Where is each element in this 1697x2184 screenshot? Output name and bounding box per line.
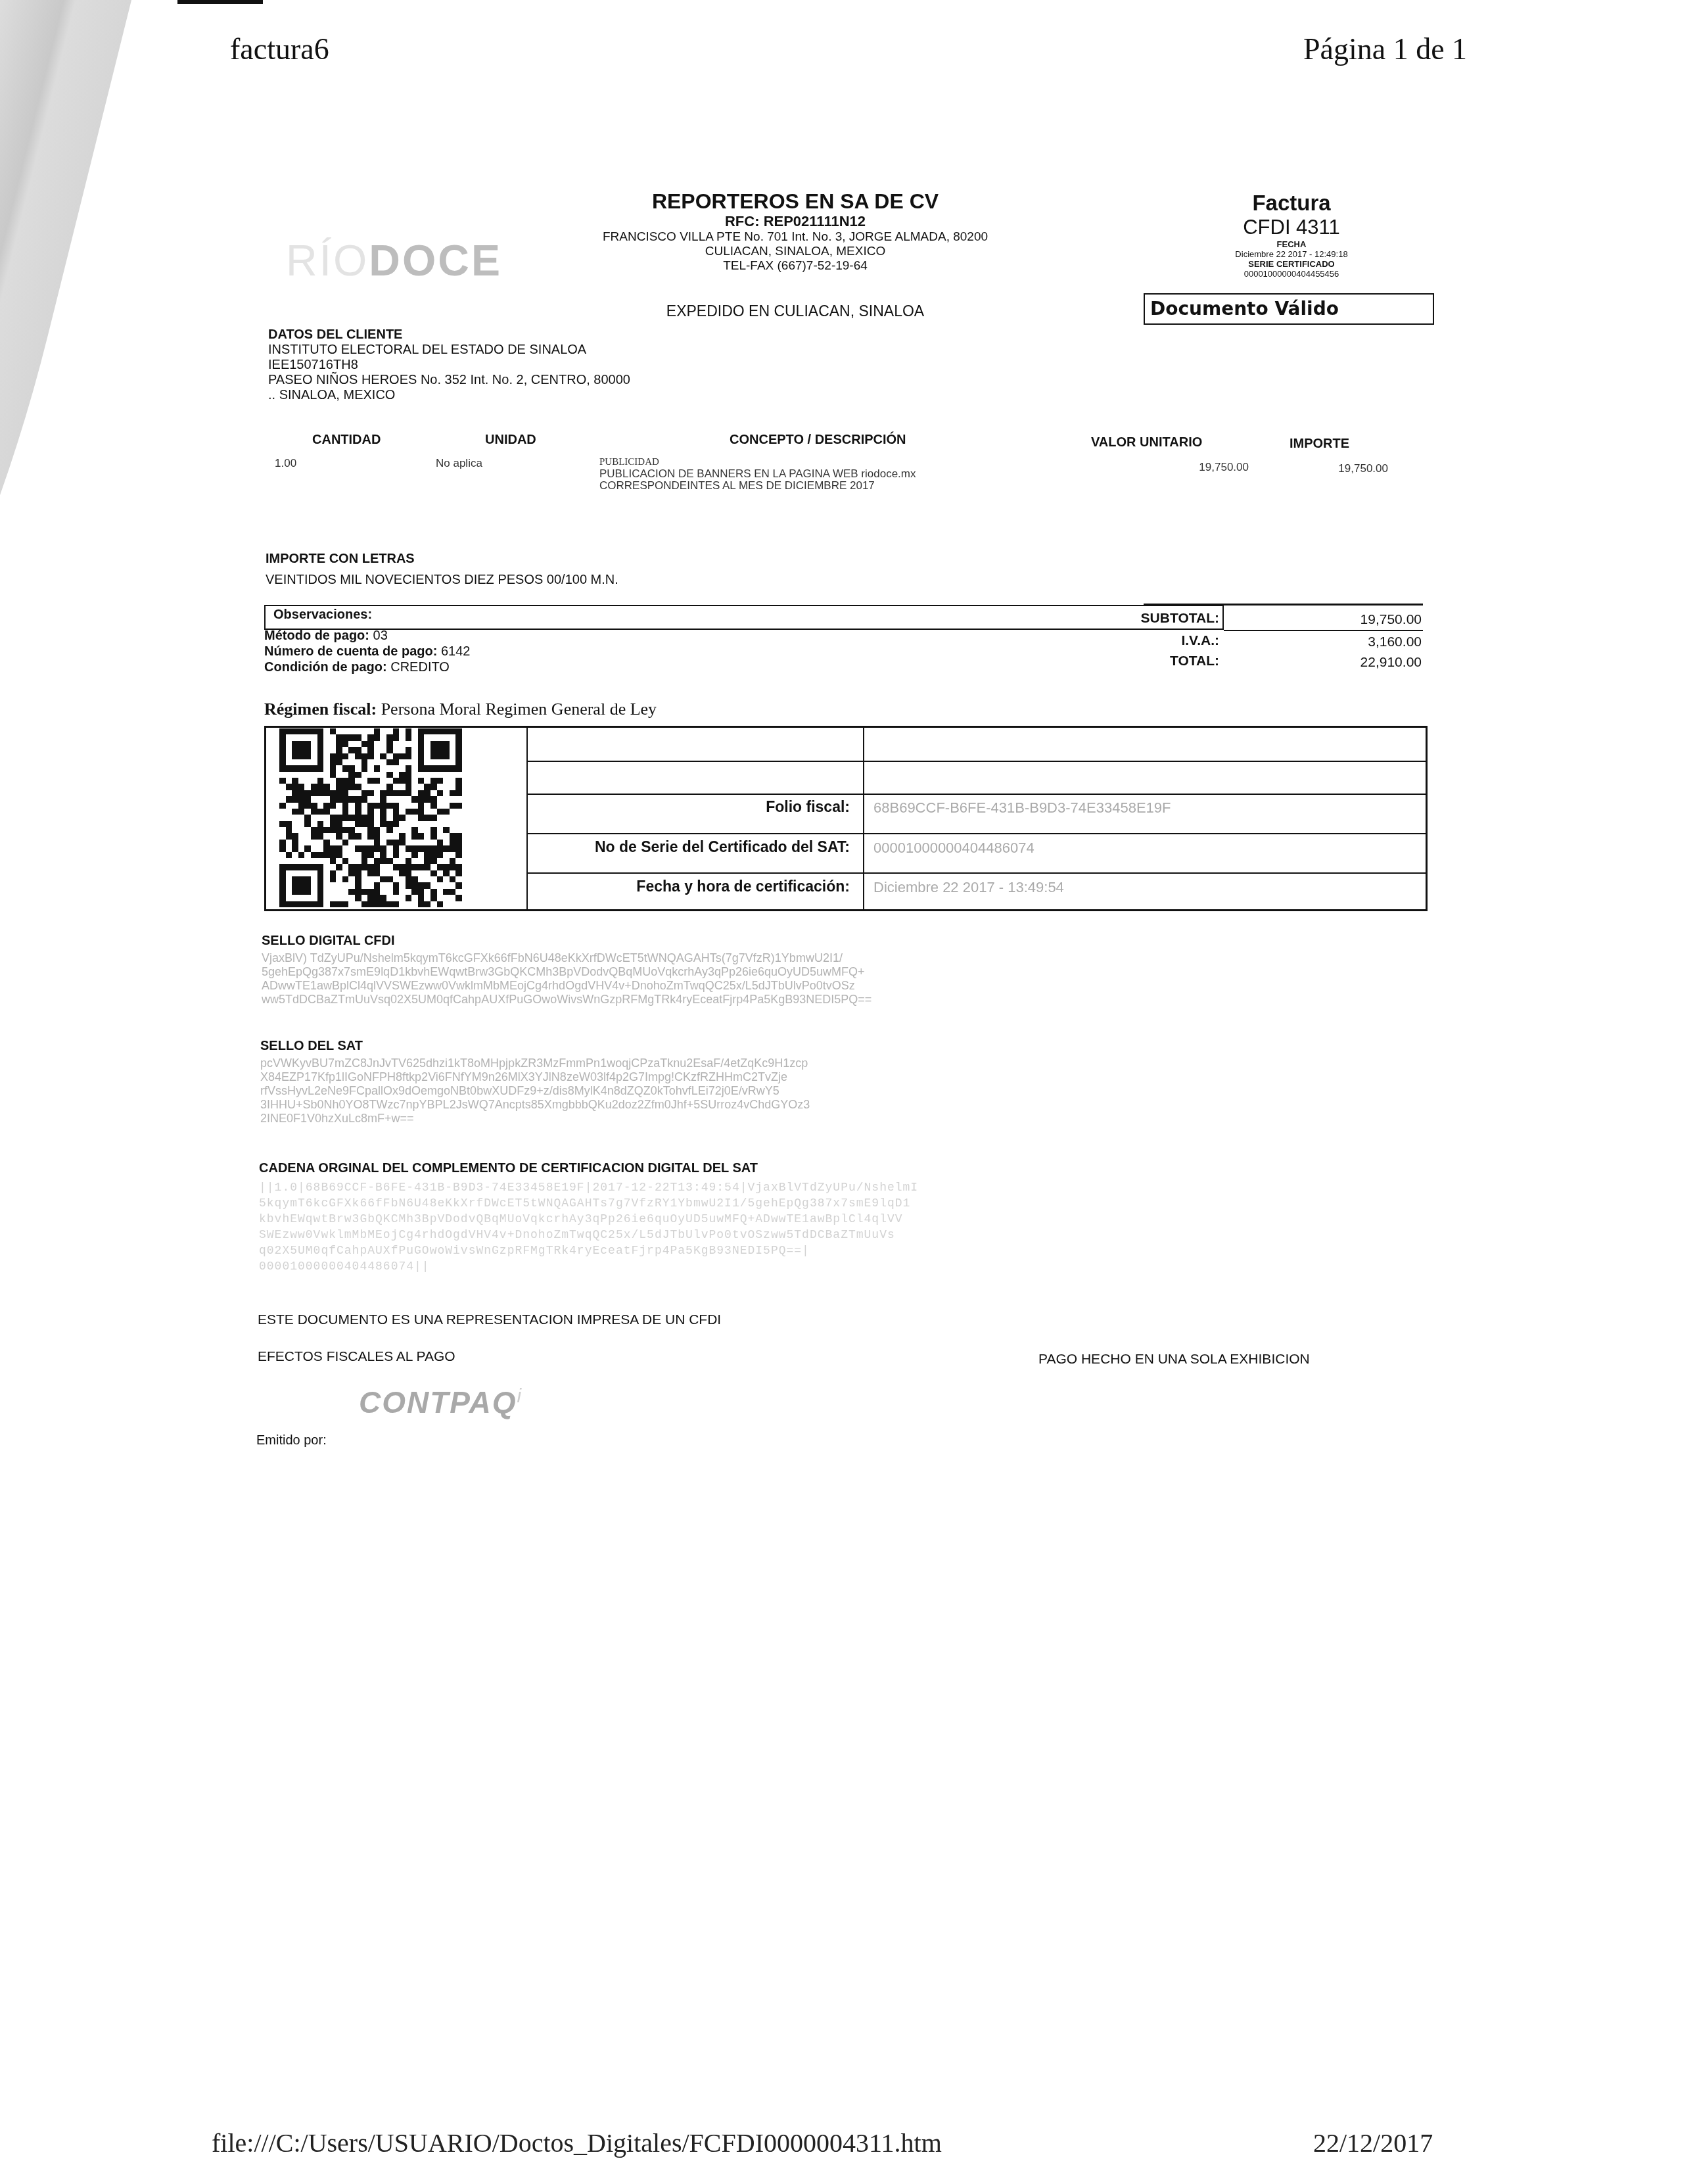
client-block: DATOS DEL CLIENTE INSTITUTO ELECTORAL DE… [268, 327, 630, 403]
row-cantidad: 1.00 [275, 458, 296, 469]
col-unidad: UNIDAD [485, 433, 536, 448]
condicion-pago-label: Condición de pago: [264, 660, 387, 675]
scan-edge-mark [177, 0, 263, 4]
print-footer-url: file:///C:/Users/USUARIO/Doctos_Digitale… [212, 2127, 942, 2158]
client-name: INSTITUTO ELECTORAL DEL ESTADO DE SINALO… [268, 343, 630, 358]
total-value: 22,910.00 [1288, 655, 1422, 671]
fecha-label: FECHA [1144, 239, 1439, 249]
serie-label: SERIE CERTIFICADO [1144, 259, 1439, 269]
contpaq-logo: CONTPAQi [359, 1385, 523, 1420]
issuer-address: FRANCISCO VILLA PTE No. 701 Int. No. 3, … [559, 230, 1032, 245]
row-descripcion-2: CORRESPONDEINTES AL MES DE DICIEMBRE 201… [599, 480, 916, 492]
sello-sat-text: pcVWKyvBU7mZC8JnJvTV625dhzi1kT8oMHpjpkZR… [260, 1056, 1049, 1126]
serie-sat-label: No de Serie del Certificado del SAT: [528, 838, 862, 856]
payment-info: Método de pago: 03 Número de cuenta de p… [264, 628, 470, 675]
importe-letras-label: IMPORTE CON LETRAS [266, 548, 618, 569]
representacion-note: ESTE DOCUMENTO ES UNA REPRESENTACION IMP… [258, 1312, 721, 1328]
pago-exhibicion-note: PAGO HECHO EN UNA SOLA EXHIBICION [1038, 1352, 1310, 1367]
issuer-logo: RÍODOCE [286, 235, 502, 285]
regimen-fiscal: Régimen fiscal: Persona Moral Regimen Ge… [264, 700, 657, 719]
print-header-page: Página 1 de 1 [1303, 32, 1467, 66]
logo-part-doce: DOCE [369, 236, 502, 285]
sello-cfdi-text: VjaxBlV) TdZyUPu/Nshelm5kqymT6kcGFXk66fF… [262, 951, 1050, 1007]
sello-cfdi-section: SELLO DIGITAL CFDI VjaxBlV) TdZyUPu/Nshe… [262, 934, 1050, 1007]
emitido-por-label: Emitido por: [256, 1433, 327, 1448]
fecha-cert-value: Diciembre 22 2017 - 13:49:54 [873, 879, 1064, 896]
cuenta-pago-label: Número de cuenta de pago: [264, 644, 437, 659]
importe-letras-value: VEINTIDOS MIL NOVECIENTOS DIEZ PESOS 00/… [266, 569, 618, 590]
sello-cfdi-label: SELLO DIGITAL CFDI [262, 934, 1050, 949]
importe-letras: IMPORTE CON LETRAS VEINTIDOS MIL NOVECIE… [266, 548, 618, 590]
cadena-original-label: CADENA ORGINAL DEL COMPLEMENTO DE CERTIF… [259, 1161, 1028, 1176]
iva-label: I.V.A.: [1117, 633, 1219, 649]
row-valor-unitario: 19,750.00 [1157, 462, 1249, 473]
efectos-fiscales-note: EFECTOS FISCALES AL PAGO [258, 1349, 455, 1365]
document-type: Factura [1144, 191, 1439, 216]
cadena-original-text: ||1.0|68B69CCF-B6FE-431B-B9D3-74E33458E1… [259, 1180, 1028, 1275]
metodo-pago-value: 03 [373, 629, 388, 643]
subtotal-label: SUBTOTAL: [1117, 611, 1219, 627]
col-concepto: CONCEPTO / DESCRIPCIÓN [730, 433, 906, 448]
cadena-original-section: CADENA ORGINAL DEL COMPLEMENTO DE CERTIF… [259, 1161, 1028, 1275]
status-badge: Documento Válido [1144, 293, 1434, 325]
totals-divider-sub [1224, 630, 1423, 631]
fecha-cert-label: Fecha y hora de certificación: [528, 878, 862, 895]
subtotal-value: 19,750.00 [1288, 612, 1422, 628]
row-unidad: No aplica [436, 458, 482, 469]
condicion-pago-value: CREDITO [390, 660, 450, 675]
regimen-value: Persona Moral Regimen General de Ley [381, 700, 657, 719]
col-cantidad: CANTIDAD [312, 433, 381, 448]
issuer-city: CULIACAN, SINALOA, MEXICO [559, 245, 1032, 259]
issuer-block: REPORTEROS EN SA DE CV RFC: REP021111N12… [559, 189, 1032, 273]
document-folio: CFDI 4311 [1144, 216, 1439, 239]
expedido-en: EXPEDIDO EN CULIACAN, SINALOA [559, 302, 1032, 320]
row-importe: 19,750.00 [1295, 463, 1388, 475]
col-valor-unitario: VALOR UNITARIO [1091, 435, 1202, 450]
sello-sat-section: SELLO DEL SAT pcVWKyvBU7mZC8JnJvTV625dhz… [260, 1039, 1049, 1126]
fecha-value: Diciembre 22 2017 - 12:49:18 [1144, 249, 1439, 259]
serie-value: 00001000000404455456 [1144, 269, 1439, 279]
issuer-name: REPORTEROS EN SA DE CV [559, 189, 1032, 213]
metodo-pago-label: Método de pago: [264, 629, 369, 643]
metodo-pago: Método de pago: 03 [264, 628, 470, 644]
cuenta-pago-value: 6142 [441, 644, 471, 659]
client-address: PASEO NIÑOS HEROES No. 352 Int. No. 2, C… [268, 373, 630, 388]
iva-value: 3,160.00 [1288, 634, 1422, 650]
observaciones-label: Observaciones: [273, 607, 372, 623]
serie-sat-value: 00001000000404486074 [873, 840, 1034, 857]
condicion-pago: Condición de pago: CREDITO [264, 659, 470, 675]
page-curl-shadow [0, 0, 138, 881]
row-concepto-title: PUBLICIDAD [599, 456, 916, 468]
regimen-label: Régimen fiscal: [264, 700, 377, 719]
folio-fiscal-label: Folio fiscal: [528, 798, 862, 816]
client-city: .. SINALOA, MEXICO [268, 388, 630, 403]
col-importe: IMPORTE [1290, 437, 1349, 452]
cuenta-pago: Número de cuenta de pago: 6142 [264, 644, 470, 659]
print-footer-date: 22/12/2017 [1313, 2127, 1433, 2158]
document-info: Factura CFDI 4311 FECHA Diciembre 22 201… [1144, 191, 1439, 279]
sello-sat-label: SELLO DEL SAT [260, 1039, 1049, 1054]
total-label: TOTAL: [1117, 653, 1219, 669]
issuer-rfc: RFC: REP021111N12 [559, 213, 1032, 230]
print-header-title: factura6 [230, 32, 329, 66]
qr-code-icon [279, 728, 462, 907]
client-rfc: IEE150716TH8 [268, 358, 630, 373]
row-descripcion-1: PUBLICACION DE BANNERS EN LA PAGINA WEB … [599, 468, 916, 480]
totals-divider-top [1144, 604, 1423, 605]
issuer-phone: TEL-FAX (667)7-52-19-64 [559, 259, 1032, 273]
logo-part-rio: RÍO [286, 236, 369, 285]
folio-fiscal-value: 68B69CCF-B6FE-431B-B9D3-74E33458E19F [873, 799, 1171, 817]
client-heading: DATOS DEL CLIENTE [268, 327, 630, 343]
observaciones-box [264, 605, 1224, 630]
row-concepto: PUBLICIDAD PUBLICACION DE BANNERS EN LA … [599, 456, 916, 492]
